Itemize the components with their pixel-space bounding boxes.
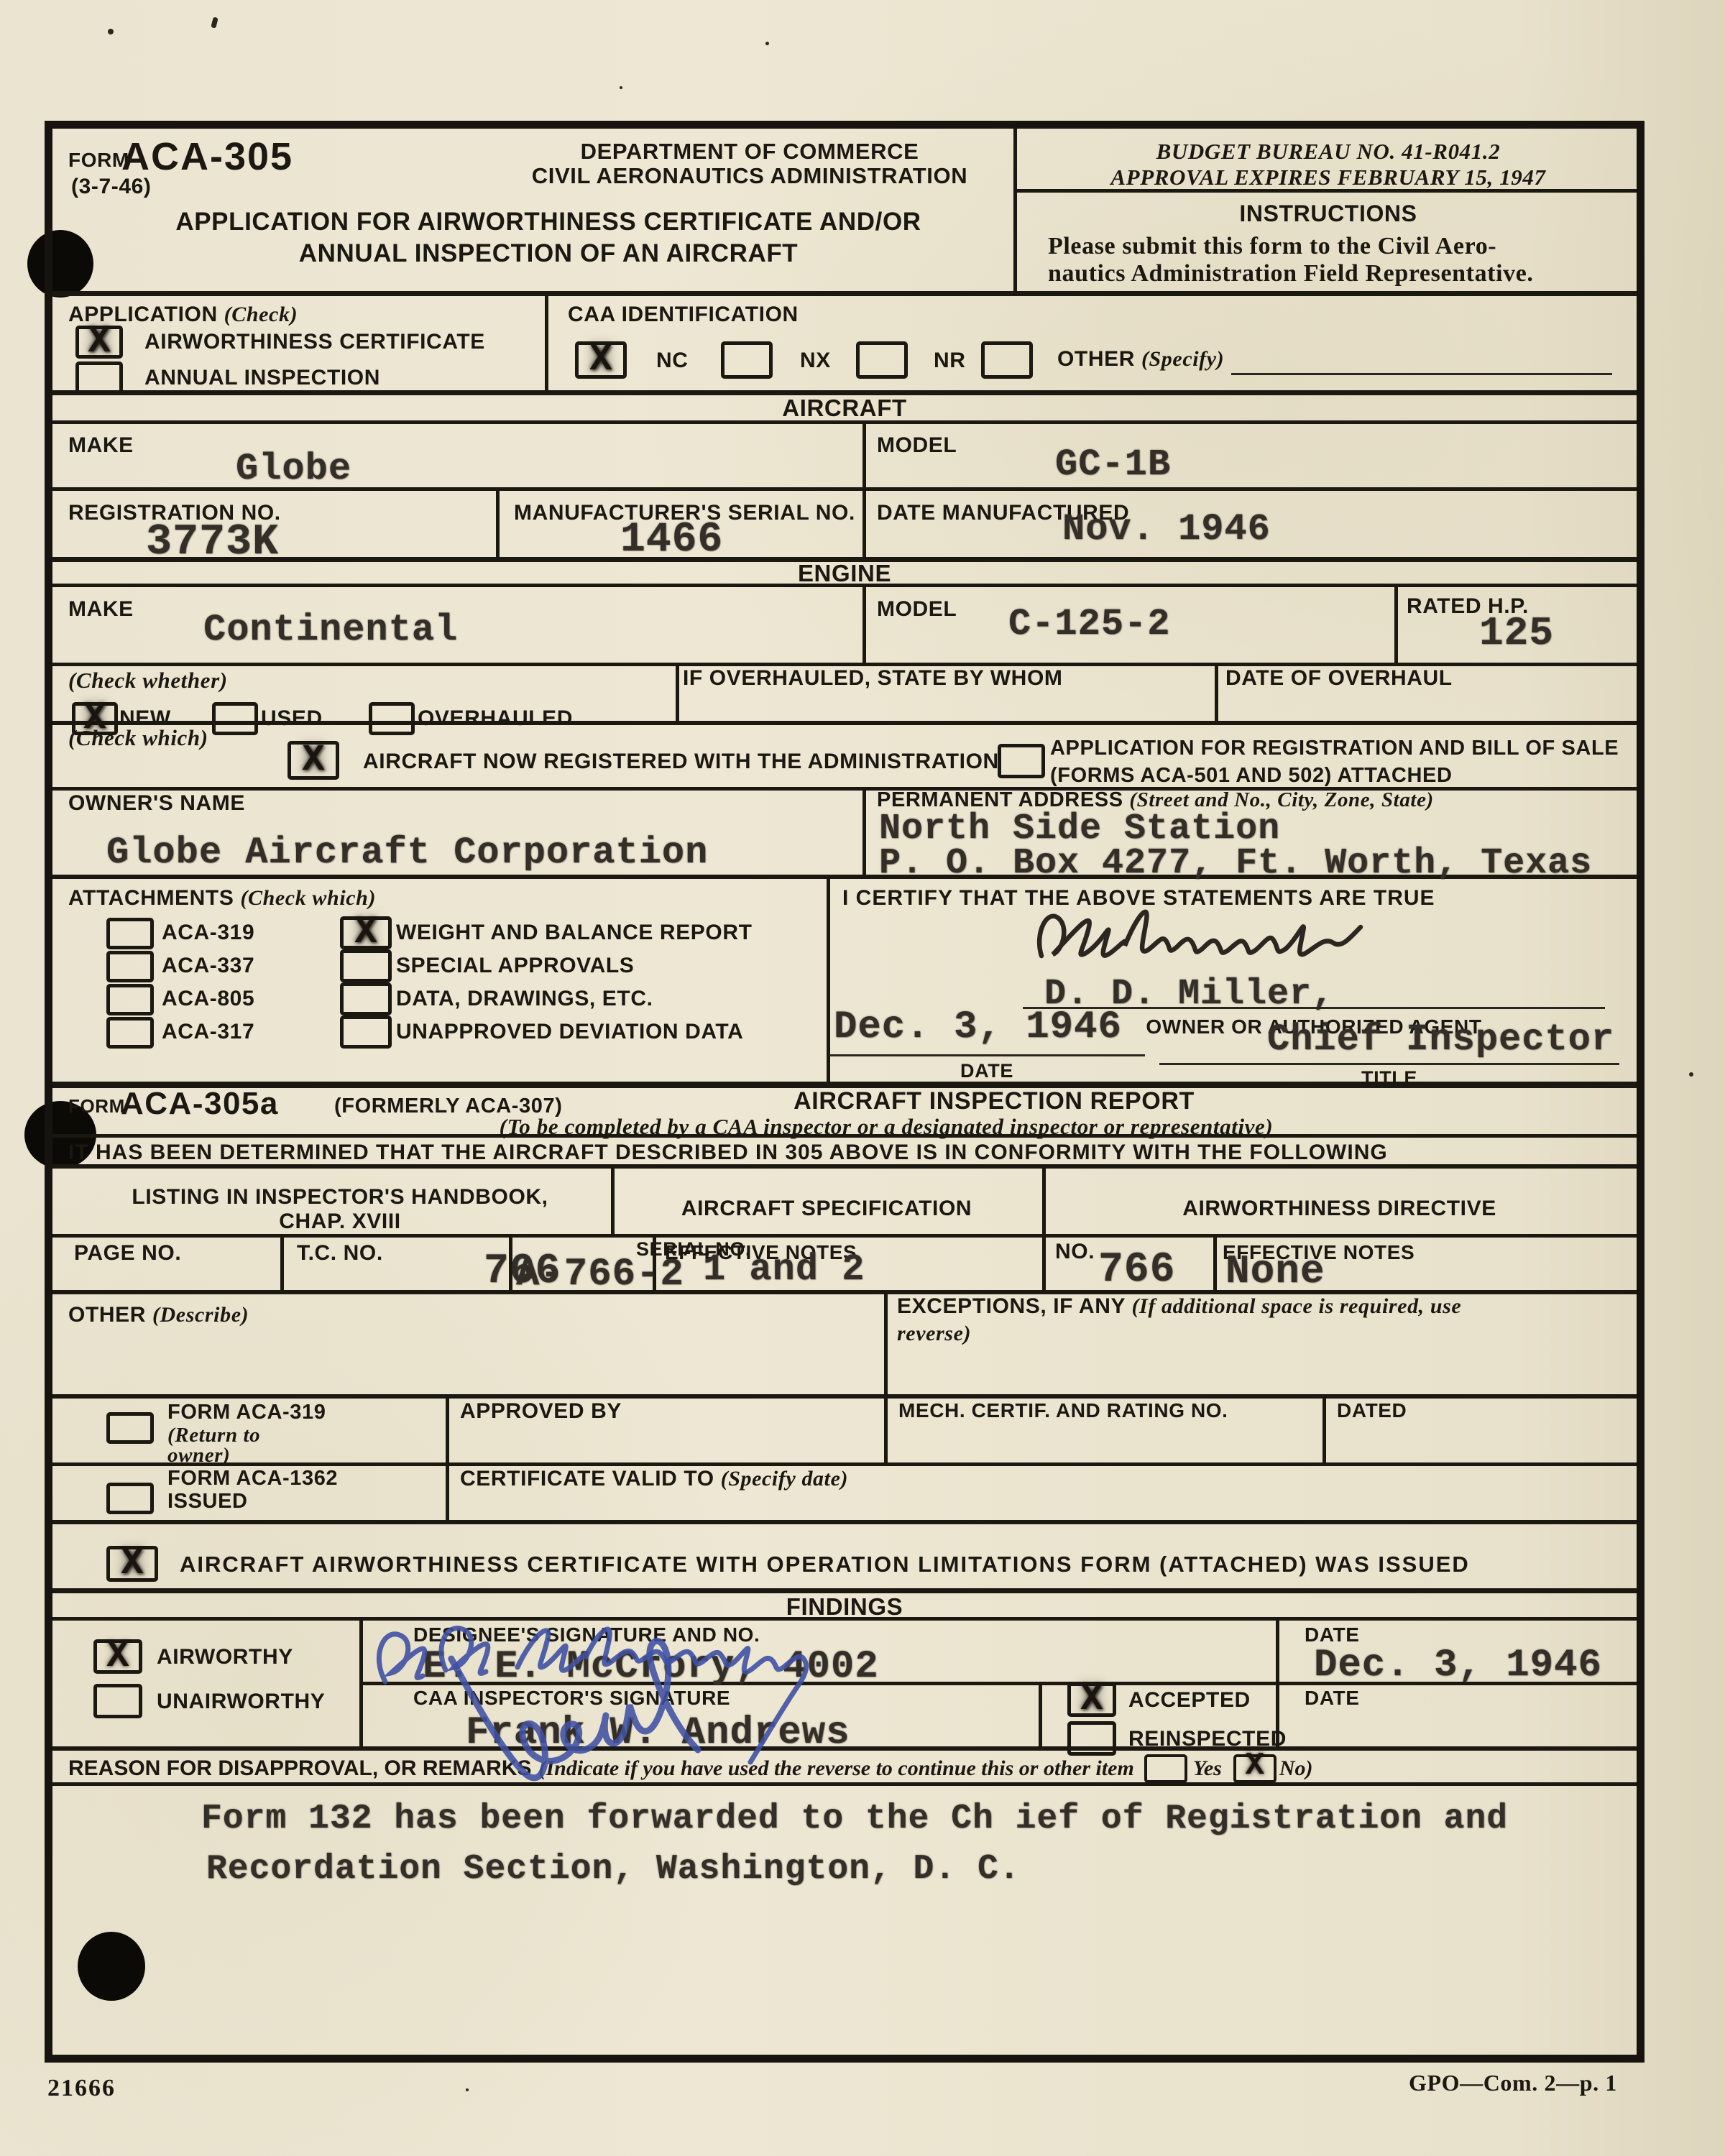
date-line — [829, 1054, 1145, 1056]
divider — [884, 1394, 888, 1462]
paper-speck — [1689, 1072, 1693, 1077]
date-manufactured-value: Nov. 1946 — [1062, 511, 1271, 548]
checkbox-aca-319 — [106, 918, 154, 949]
findings-section-title: FINDINGS — [52, 1593, 1637, 1621]
spec-header: AIRCRAFT SPECIFICATION — [611, 1197, 1042, 1222]
other-label-text: OTHER — [68, 1303, 146, 1327]
checkbox-other — [981, 341, 1033, 379]
tc-no-label: T.C. NO. — [297, 1241, 383, 1266]
divider — [545, 291, 548, 390]
checkbox-nx — [721, 341, 773, 379]
caa-option-label: NR — [934, 349, 966, 374]
paper-speck — [108, 29, 114, 34]
application-option-label: ANNUAL INSPECTION — [144, 366, 380, 391]
budget-bureau-line: BUDGET BUREAU NO. 41-R041.2 — [1030, 139, 1627, 165]
form-aca-1362-label: FORM ACA-1362 — [167, 1467, 338, 1491]
form-number: ACA-305 — [121, 134, 293, 179]
engine-make-value: Continental — [203, 612, 458, 649]
budget-approval-line: APPROVAL EXPIRES FEBRUARY 15, 1947 — [1030, 165, 1627, 190]
divider — [280, 1234, 284, 1290]
findings-date-value: Dec. 3, 1946 — [1314, 1646, 1602, 1685]
certificate-valid-to-label: CERTIFICATE VALID TO (Specify date) — [460, 1467, 848, 1492]
caa-identification-label: CAA IDENTIFICATION — [568, 303, 799, 328]
disapproval-note: (Indicate if you have used the reverse t… — [539, 1758, 1134, 1779]
directive-notes-value: None — [1225, 1251, 1325, 1291]
disapproval-label: REASON FOR DISAPPROVAL, OR REMARKS — [68, 1758, 532, 1779]
caa-inspector-name-value: Frank W. Andrews — [466, 1714, 850, 1753]
checkbox-aca-337 — [106, 951, 154, 982]
report-title: AIRCRAFT INSPECTION REPORT — [699, 1087, 1289, 1115]
owner-name-value: Globe Aircraft Corporation — [106, 834, 708, 872]
directive-no-value: 766 — [1098, 1250, 1175, 1291]
serial-no-value: 1466 — [620, 520, 723, 561]
remarks-line: Recordation Section, Washington, D. C. — [206, 1852, 1021, 1886]
divider — [1322, 1394, 1326, 1462]
accepted-label: ACCEPTED — [1128, 1688, 1251, 1713]
aircraft-model-value: GC-1B — [1055, 446, 1171, 484]
checkbox-aca-805 — [106, 984, 154, 1015]
exceptions-text: EXCEPTIONS, IF ANY — [897, 1294, 1126, 1318]
footer-gpo-imprint: GPO—Com. 2—p. 1 — [1409, 2070, 1617, 2096]
report-form-label: FORM — [68, 1096, 125, 1118]
approved-by-label: APPROVED BY — [460, 1399, 622, 1424]
checkbox-registered: X — [287, 741, 339, 780]
divider — [676, 663, 679, 721]
checkbox-annual-inspection — [75, 361, 123, 395]
divider — [496, 487, 500, 557]
exceptions-label: reverse) — [897, 1322, 971, 1347]
designee-name-value: E. E. McCrory, 4002 — [423, 1648, 879, 1687]
remarks-line: Form 132 has been forwarded to the Ch ie… — [201, 1802, 1508, 1836]
divider — [1042, 1164, 1046, 1290]
certify-statement: I CERTIFY THAT THE ABOVE STATEMENTS ARE … — [842, 886, 1435, 911]
model-label: MODEL — [877, 433, 957, 459]
bill-of-sale-label: (FORMS ACA-501 AND 502) ATTACHED — [1050, 764, 1453, 788]
directive-no-label: NO. — [1055, 1240, 1095, 1265]
address-line1-value: North Side Station — [879, 811, 1280, 847]
aircraft-section-title: AIRCRAFT — [52, 395, 1637, 422]
checkbox-nr — [856, 341, 908, 379]
certify-date-label: DATE — [829, 1060, 1145, 1082]
certify-title-value: Chief Inspector — [1267, 1021, 1614, 1059]
check-whether-label: (Check whether) — [68, 668, 228, 694]
department-line: DEPARTMENT OF COMMERCE — [484, 139, 1016, 165]
page-no-label: PAGE NO. — [74, 1241, 181, 1266]
divider — [52, 1462, 1637, 1466]
exceptions-note: (If additional space is required, use — [1131, 1294, 1461, 1318]
paper-speck — [765, 42, 769, 45]
form-revision: (3-7-46) — [71, 175, 152, 200]
handbook-header: CHAP. XVIII — [67, 1210, 613, 1235]
attachment-form-label: ACA-805 — [162, 987, 254, 1012]
valid-to-note: (Specify date) — [721, 1467, 849, 1491]
overhauled-by-label: IF OVERHAULED, STATE BY WHOM — [683, 666, 1062, 691]
checkbox-unairworthy — [93, 1684, 142, 1718]
airworthy-label: AIRWORTHY — [157, 1645, 293, 1670]
aircraft-make-value: Globe — [236, 451, 351, 488]
checkbox-nc: X — [575, 341, 627, 379]
divider — [862, 787, 866, 875]
checkbox-reverse-no: X — [1233, 1754, 1276, 1783]
other-describe-label: OTHER (Describe) — [68, 1303, 249, 1328]
report-subtitle: (To be completed by a CAA inspector or a… — [268, 1114, 1504, 1140]
checkbox-unapproved-deviation — [340, 1015, 392, 1049]
divider — [884, 1290, 888, 1394]
other-label-note: (Describe) — [152, 1303, 249, 1327]
blank-line — [1231, 373, 1612, 375]
no-label: No) — [1279, 1758, 1313, 1779]
rated-hp-value: 125 — [1479, 613, 1554, 653]
divider — [1215, 663, 1218, 721]
report-form-number: ACA-305a — [121, 1086, 279, 1123]
checkbox-aca-317 — [106, 1017, 154, 1049]
certify-title-label: TITLE — [1159, 1067, 1619, 1089]
spec-serial-value: A-766-2 — [516, 1256, 684, 1294]
application-option-label: AIRWORTHINESS CERTIFICATE — [144, 330, 485, 355]
instructions-text: nautics Administration Field Representat… — [1048, 259, 1534, 287]
attachment-form-label: ACA-317 — [162, 1020, 254, 1045]
divider — [862, 487, 866, 557]
engine-condition-label: OVERHAULED — [418, 706, 573, 732]
caa-other-label: OTHER (Specify) — [1057, 347, 1224, 372]
checkbox-form-aca-1362 — [106, 1483, 154, 1514]
caa-inspector-signature-label: CAA INSPECTOR'S SIGNATURE — [413, 1687, 730, 1710]
attachment-item-label: UNAPPROVED DEVIATION DATA — [396, 1020, 743, 1045]
checkbox-engine-used — [212, 702, 258, 735]
paper-speck — [211, 17, 218, 28]
paper-speck — [620, 86, 622, 89]
checkbox-weight-balance: X — [340, 916, 392, 949]
divider — [862, 584, 866, 663]
checkbox-reinspected — [1067, 1721, 1116, 1756]
department-line: CIVIL AERONAUTICS ADMINISTRATION — [484, 163, 1016, 189]
registered-label: AIRCRAFT NOW REGISTERED WITH THE ADMINIS… — [363, 750, 999, 775]
form-title: APPLICATION FOR AIRWORTHINESS CERTIFICAT… — [81, 208, 1016, 236]
form-label: FORM — [68, 149, 129, 172]
divider — [52, 1394, 1637, 1399]
dated-label: DATED — [1337, 1399, 1407, 1422]
engine-section-title: ENGINE — [52, 560, 1637, 587]
checkbox-reverse-yes — [1144, 1754, 1187, 1783]
mech-certif-label: MECH. CERTIF. AND RATING NO. — [898, 1399, 1228, 1422]
attachment-item-label: DATA, DRAWINGS, ETC. — [396, 987, 653, 1012]
caa-other-note: (Specify) — [1141, 347, 1224, 371]
instructions-title: INSTRUCTIONS — [1030, 201, 1627, 227]
divider — [862, 420, 866, 487]
scanned-form-page: FORM ACA-305 (3-7-46) DEPARTMENT OF COMM… — [0, 0, 1725, 2156]
date-of-overhaul-label: DATE OF OVERHAUL — [1225, 666, 1453, 691]
form-aca-319-label: FORM ACA-319 — [167, 1401, 326, 1424]
form-aca-1362-label: ISSUED — [167, 1490, 248, 1514]
checkbox-data-drawings — [340, 982, 392, 1015]
form-title: ANNUAL INSPECTION OF AN AIRCRAFT — [81, 239, 1016, 268]
caa-other-text: OTHER — [1057, 347, 1135, 371]
attachment-item-label: WEIGHT AND BALANCE REPORT — [396, 921, 753, 946]
checkbox-airworthy: X — [93, 1639, 142, 1674]
instructions-text: Please submit this form to the Civil Aer… — [1048, 232, 1496, 260]
certificate-issued-label: AIRCRAFT AIRWORTHINESS CERTIFICATE WITH … — [180, 1552, 1470, 1577]
attachments-label-text: ATTACHMENTS — [68, 886, 234, 910]
owner-name-label: OWNER'S NAME — [68, 791, 245, 816]
caa-option-label: NC — [656, 349, 689, 374]
effective-notes-value: 1 and 2 — [703, 1251, 865, 1289]
attachments-label-note: (Check which) — [240, 886, 376, 910]
form-aca-319-label: owner) — [167, 1444, 230, 1468]
attachments-label: ATTACHMENTS (Check which) — [68, 886, 376, 911]
check-which-label: (Check which) — [68, 725, 208, 751]
determination-statement: IT HAS BEEN DETERMINED THAT THE AIRCRAFT… — [68, 1141, 1388, 1166]
handbook-header: LISTING IN INSPECTOR'S HANDBOOK, — [67, 1185, 613, 1210]
form-border: FORM ACA-305 (3-7-46) DEPARTMENT OF COMM… — [45, 121, 1644, 2063]
checkbox-special-approvals — [340, 949, 392, 982]
checkbox-certificate-issued: X — [106, 1546, 158, 1582]
checkbox-bill-of-sale — [998, 744, 1045, 778]
divider — [1213, 1234, 1217, 1290]
engine-make-label: MAKE — [68, 597, 134, 622]
unairworthy-label: UNAIRWORTHY — [157, 1690, 325, 1715]
disapproval-row: REASON FOR DISAPPROVAL, OR REMARKS (Indi… — [68, 1754, 1628, 1783]
directive-header: AIRWORTHINESS DIRECTIVE — [1042, 1197, 1637, 1222]
attachment-form-label: ACA-337 — [162, 954, 254, 979]
paper-speck — [466, 2088, 469, 2091]
address-line2-value: P. O. Box 4277, Ft. Worth, Texas — [879, 846, 1592, 882]
title-line — [1159, 1063, 1619, 1065]
divider — [1394, 584, 1398, 663]
valid-to-text: CERTIFICATE VALID TO — [460, 1467, 714, 1491]
attachment-form-label: ACA-319 — [162, 921, 254, 946]
engine-model-value: C-125-2 — [1008, 606, 1170, 643]
yes-label: Yes — [1193, 1758, 1222, 1779]
divider — [1039, 1682, 1042, 1746]
engine-condition-label: USED — [261, 706, 323, 732]
caa-option-label: NX — [800, 349, 831, 374]
checkbox-airworthiness-certificate: X — [75, 326, 123, 359]
bill-of-sale-label: APPLICATION FOR REGISTRATION AND BILL OF… — [1050, 737, 1619, 760]
checkbox-form-aca-319 — [106, 1412, 154, 1444]
registration-no-value: 3773K — [146, 521, 279, 564]
footer-print-number: 21666 — [47, 2074, 116, 2102]
attachment-item-label: SPECIAL APPROVALS — [396, 954, 634, 979]
divider — [52, 1234, 1637, 1238]
divider — [52, 1520, 1637, 1524]
checkbox-accepted: X — [1067, 1682, 1116, 1717]
divider — [359, 1617, 363, 1746]
reinspect-date-label: DATE — [1305, 1687, 1360, 1710]
make-label: MAKE — [68, 433, 134, 459]
divider — [827, 875, 830, 1082]
exceptions-label: EXCEPTIONS, IF ANY (If additional space … — [897, 1294, 1461, 1319]
designee-signature-label: DESIGNEE'S SIGNATURE AND NO. — [413, 1623, 760, 1646]
engine-model-label: MODEL — [877, 597, 957, 622]
divider — [446, 1394, 449, 1520]
divider — [52, 1588, 1637, 1593]
divider — [52, 291, 1637, 296]
application-label-note: (Check) — [224, 303, 298, 326]
checkbox-engine-overhauled — [369, 702, 415, 735]
certify-date-value: Dec. 3, 1946 — [834, 1008, 1122, 1047]
